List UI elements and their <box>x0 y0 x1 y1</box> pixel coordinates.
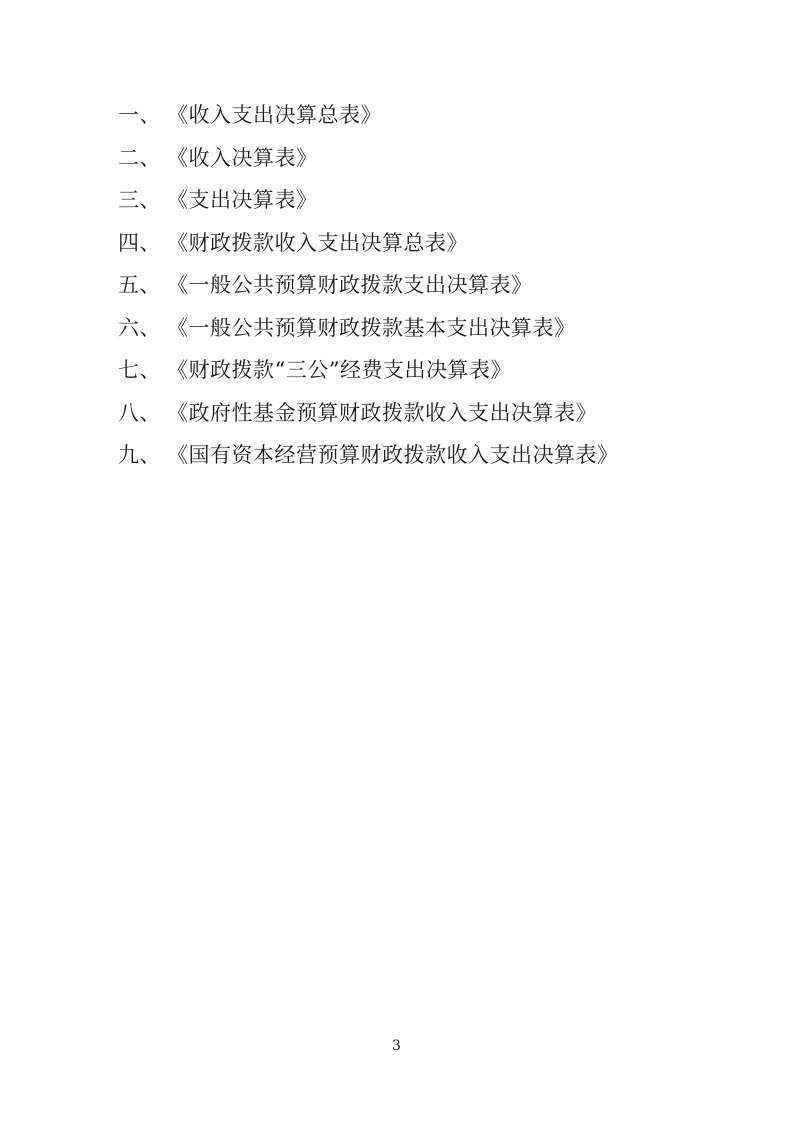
list-item-title: 《收入决算表》 <box>167 147 318 169</box>
list-item: 九、 《国有资本经营预算财政拨款收入支出决算表》 <box>118 444 733 466</box>
list-item-number: 九、 <box>118 444 167 466</box>
list-item: 四、 《财政拨款收入支出决算总表》 <box>118 232 733 254</box>
list-item-title: 《政府性基金预算财政拨款收入支出决算表》 <box>167 402 597 424</box>
list-item-title: 《国有资本经营预算财政拨款收入支出决算表》 <box>167 444 619 466</box>
list-item-number: 二、 <box>118 147 167 169</box>
list-item-number: 一、 <box>118 104 167 126</box>
list-item: 一、 《收入支出决算总表》 <box>118 104 733 126</box>
list-item-number: 七、 <box>118 359 167 381</box>
list-item: 六、 《一般公共预算财政拨款基本支出决算表》 <box>118 317 733 339</box>
list-item-title: 《一般公共预算财政拨款支出决算表》 <box>167 274 533 296</box>
list-item: 三、 《支出决算表》 <box>118 189 733 211</box>
list-item-number: 五、 <box>118 274 167 296</box>
list-item-number: 八、 <box>118 402 167 424</box>
list-item-title: 《一般公共预算财政拨款基本支出决算表》 <box>167 317 576 339</box>
list-item-title: 《收入支出决算总表》 <box>167 104 382 126</box>
table-of-contents-list: 一、 《收入支出决算总表》 二、 《收入决算表》 三、 《支出决算表》 四、 《… <box>118 104 733 487</box>
list-item: 七、 《财政拨款“三公”经费支出决算表》 <box>118 359 733 381</box>
list-item-title: 《支出决算表》 <box>167 189 318 211</box>
list-item-number: 六、 <box>118 317 167 339</box>
document-page: 一、 《收入支出决算总表》 二、 《收入决算表》 三、 《支出决算表》 四、 《… <box>0 0 793 1122</box>
list-item-number: 四、 <box>118 232 167 254</box>
list-item: 二、 《收入决算表》 <box>118 147 733 169</box>
list-item: 八、 《政府性基金预算财政拨款收入支出决算表》 <box>118 402 733 424</box>
list-item: 五、 《一般公共预算财政拨款支出决算表》 <box>118 274 733 296</box>
list-item-number: 三、 <box>118 189 167 211</box>
list-item-title: 《财政拨款收入支出决算总表》 <box>167 232 468 254</box>
page-number: 3 <box>0 1038 793 1054</box>
list-item-title: 《财政拨款“三公”经费支出决算表》 <box>167 359 512 381</box>
